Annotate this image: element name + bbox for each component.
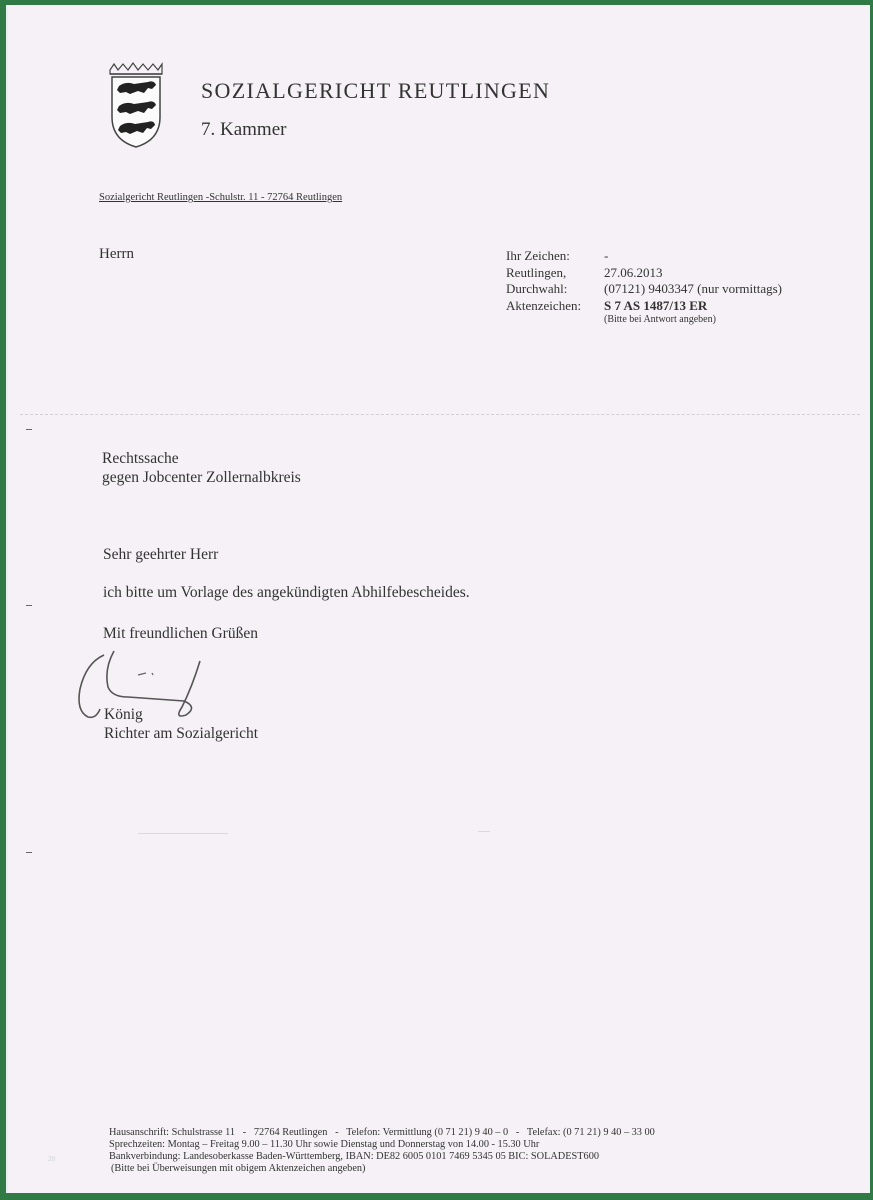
reference-block: Ihr Zeichen: - Reutlingen, 27.06.2013 Du… bbox=[506, 248, 782, 326]
subject-line-1: Rechtssache bbox=[102, 449, 301, 468]
letter-page: SOZIALGERICHT REUTLINGEN 7. Kammer Sozia… bbox=[6, 5, 870, 1193]
reference-note: (Bitte bei Antwort angeben) bbox=[604, 314, 782, 326]
court-name: SOZIALGERICHT REUTLINGEN bbox=[201, 78, 550, 104]
reference-value: - bbox=[604, 248, 608, 265]
footer-office-hours: Sprechzeiten: Montag – Freitag 9.00 – 11… bbox=[109, 1139, 655, 1151]
fold-mark bbox=[26, 852, 32, 853]
reference-row-date: Reutlingen, 27.06.2013 bbox=[506, 265, 782, 282]
salutation: Sehr geehrter Herr bbox=[103, 546, 218, 564]
punch-mark bbox=[26, 605, 32, 606]
body-text: ich bitte um Vorlage des angekündigten A… bbox=[103, 584, 470, 602]
page-mark: 20 bbox=[48, 1155, 55, 1163]
footer-note: (Bitte bei Überweisungen mit obigem Akte… bbox=[111, 1163, 655, 1175]
chamber: 7. Kammer bbox=[201, 119, 286, 141]
reference-label: Durchwahl: bbox=[506, 281, 604, 298]
scan-artifact bbox=[138, 833, 228, 834]
footer-address: Hausanschrift: Schulstrasse 11 - 72764 R… bbox=[109, 1127, 655, 1139]
scan-artifact bbox=[478, 831, 490, 832]
reference-row-your-ref: Ihr Zeichen: - bbox=[506, 248, 782, 265]
footer: Hausanschrift: Schulstrasse 11 - 72764 R… bbox=[109, 1127, 655, 1175]
recipient: Herrn bbox=[99, 246, 134, 263]
footer-bank: Bankverbindung: Landesoberkasse Baden-Wü… bbox=[109, 1151, 655, 1163]
fold-mark bbox=[26, 429, 32, 430]
file-number: S 7 AS 1487/13 ER bbox=[604, 298, 707, 315]
reference-row-file-number: Aktenzeichen: S 7 AS 1487/13 ER bbox=[506, 298, 782, 315]
closing: Mit freundlichen Grüßen bbox=[103, 625, 258, 643]
reference-row-direct-dial: Durchwahl: (07121) 9403347 (nur vormitta… bbox=[506, 281, 782, 298]
signer-title: Richter am Sozialgericht bbox=[104, 724, 258, 743]
signer-name: König bbox=[104, 705, 258, 724]
reference-value: 27.06.2013 bbox=[604, 265, 663, 282]
reference-value: (07121) 9403347 (nur vormittags) bbox=[604, 281, 782, 298]
coat-of-arms-icon bbox=[104, 62, 168, 148]
return-address: Sozialgericht Reutlingen -Schulstr. 11 -… bbox=[99, 192, 342, 203]
subject: Rechtssache gegen Jobcenter Zollernalbkr… bbox=[102, 449, 301, 487]
fold-divider bbox=[20, 414, 860, 415]
signer-block: König Richter am Sozialgericht bbox=[104, 705, 258, 743]
reference-label: Ihr Zeichen: bbox=[506, 248, 604, 265]
reference-label: Reutlingen, bbox=[506, 265, 604, 282]
subject-line-2: gegen Jobcenter Zollernalbkreis bbox=[102, 468, 301, 487]
reference-label: Aktenzeichen: bbox=[506, 298, 604, 315]
